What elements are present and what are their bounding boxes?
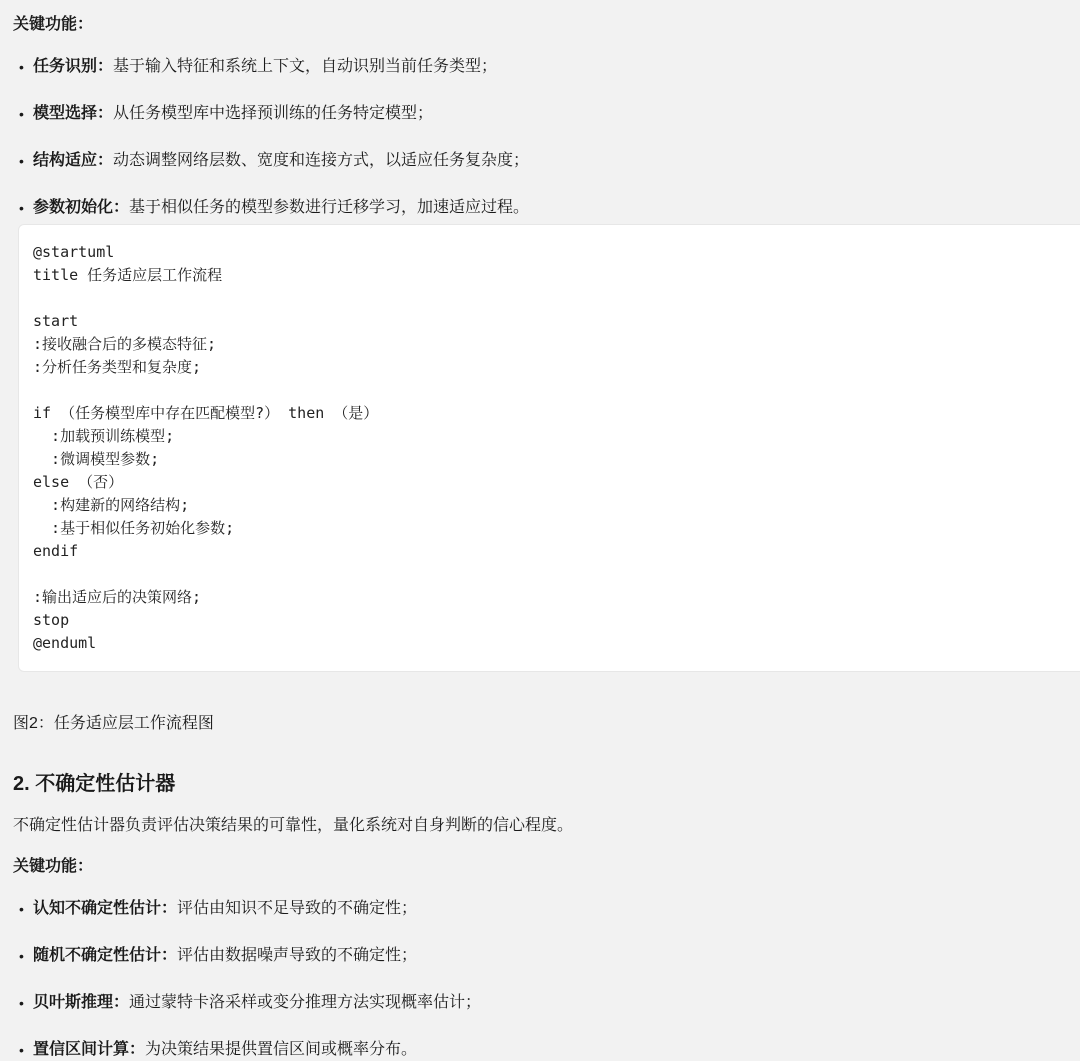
list-item: • 任务识别：基于输入特征和系统上下文，自动识别当前任务类型； — [13, 55, 1080, 79]
bullet-term: 认知不确定性估计： — [33, 900, 177, 917]
bullet-desc: 基于相似任务的模型参数进行迁移学习，加速适应过程。 — [129, 199, 529, 216]
section2-lead: 关键功能： — [13, 855, 1080, 879]
bullet-text: 参数初始化：基于相似任务的模型参数进行迁移学习，加速适应过程。 — [33, 196, 529, 220]
section1-bullet-list: • 任务识别：基于输入特征和系统上下文，自动识别当前任务类型； • 模型选择：从… — [13, 55, 1080, 220]
bullet-desc: 为决策结果提供置信区间或概率分布。 — [145, 1041, 417, 1058]
bullet-text: 结构适应：动态调整网络层数、宽度和连接方式，以适应任务复杂度； — [33, 149, 529, 173]
bullet-term: 任务识别： — [33, 58, 113, 75]
bullet-icon: • — [13, 149, 33, 173]
bullet-icon: • — [13, 196, 33, 220]
list-item: • 贝叶斯推理：通过蒙特卡洛采样或变分推理方法实现概率估计； — [13, 991, 1080, 1015]
bullet-term: 贝叶斯推理： — [33, 994, 129, 1011]
bullet-text: 随机不确定性估计：评估由数据噪声导致的不确定性； — [33, 944, 417, 968]
code-text: @startuml title 任务适应层工作流程 start :接收融合后的多… — [33, 241, 1080, 655]
bullet-term: 参数初始化： — [33, 199, 129, 216]
list-item: • 随机不确定性估计：评估由数据噪声导致的不确定性； — [13, 944, 1080, 968]
bullet-desc: 动态调整网络层数、宽度和连接方式，以适应任务复杂度； — [113, 152, 529, 169]
bullet-text: 任务识别：基于输入特征和系统上下文，自动识别当前任务类型； — [33, 55, 497, 79]
section2-paragraph: 不确定性估计器负责评估决策结果的可靠性，量化系统对自身判断的信心程度。 — [13, 814, 1080, 838]
section2-bullet-list: • 认知不确定性估计：评估由知识不足导致的不确定性； • 随机不确定性估计：评估… — [13, 897, 1080, 1061]
list-item: • 结构适应：动态调整网络层数、宽度和连接方式，以适应任务复杂度； — [13, 149, 1080, 173]
plantuml-code-block: @startuml title 任务适应层工作流程 start :接收融合后的多… — [18, 224, 1080, 672]
figure-caption: 图2：任务适应层工作流程图 — [13, 712, 1080, 736]
bullet-desc: 评估由数据噪声导致的不确定性； — [177, 947, 417, 964]
bullet-icon: • — [13, 55, 33, 79]
list-item: • 认知不确定性估计：评估由知识不足导致的不确定性； — [13, 897, 1080, 921]
bullet-icon: • — [13, 944, 33, 968]
list-item: • 参数初始化：基于相似任务的模型参数进行迁移学习，加速适应过程。 — [13, 196, 1080, 220]
bullet-text: 模型选择：从任务模型库中选择预训练的任务特定模型； — [33, 102, 433, 126]
section1-lead: 关键功能： — [13, 13, 1080, 37]
bullet-desc: 通过蒙特卡洛采样或变分推理方法实现概率估计； — [129, 994, 481, 1011]
bullet-term: 随机不确定性估计： — [33, 947, 177, 964]
bullet-icon: • — [13, 102, 33, 126]
bullet-icon: • — [13, 991, 33, 1015]
document-body: 关键功能： • 任务识别：基于输入特征和系统上下文，自动识别当前任务类型； • … — [0, 0, 1080, 1061]
bullet-term: 模型选择： — [33, 105, 113, 122]
bullet-term: 结构适应： — [33, 152, 113, 169]
bullet-desc: 评估由知识不足导致的不确定性； — [177, 900, 417, 917]
section2-heading: 2. 不确定性估计器 — [13, 770, 1080, 798]
bullet-icon: • — [13, 897, 33, 921]
bullet-desc: 基于输入特征和系统上下文，自动识别当前任务类型； — [113, 58, 497, 75]
bullet-desc: 从任务模型库中选择预训练的任务特定模型； — [113, 105, 433, 122]
bullet-text: 认知不确定性估计：评估由知识不足导致的不确定性； — [33, 897, 417, 921]
bullet-text: 贝叶斯推理：通过蒙特卡洛采样或变分推理方法实现概率估计； — [33, 991, 481, 1015]
bullet-text: 置信区间计算：为决策结果提供置信区间或概率分布。 — [33, 1038, 417, 1061]
list-item: • 置信区间计算：为决策结果提供置信区间或概率分布。 — [13, 1038, 1080, 1061]
bullet-term: 置信区间计算： — [33, 1041, 145, 1058]
bullet-icon: • — [13, 1038, 33, 1061]
list-item: • 模型选择：从任务模型库中选择预训练的任务特定模型； — [13, 102, 1080, 126]
